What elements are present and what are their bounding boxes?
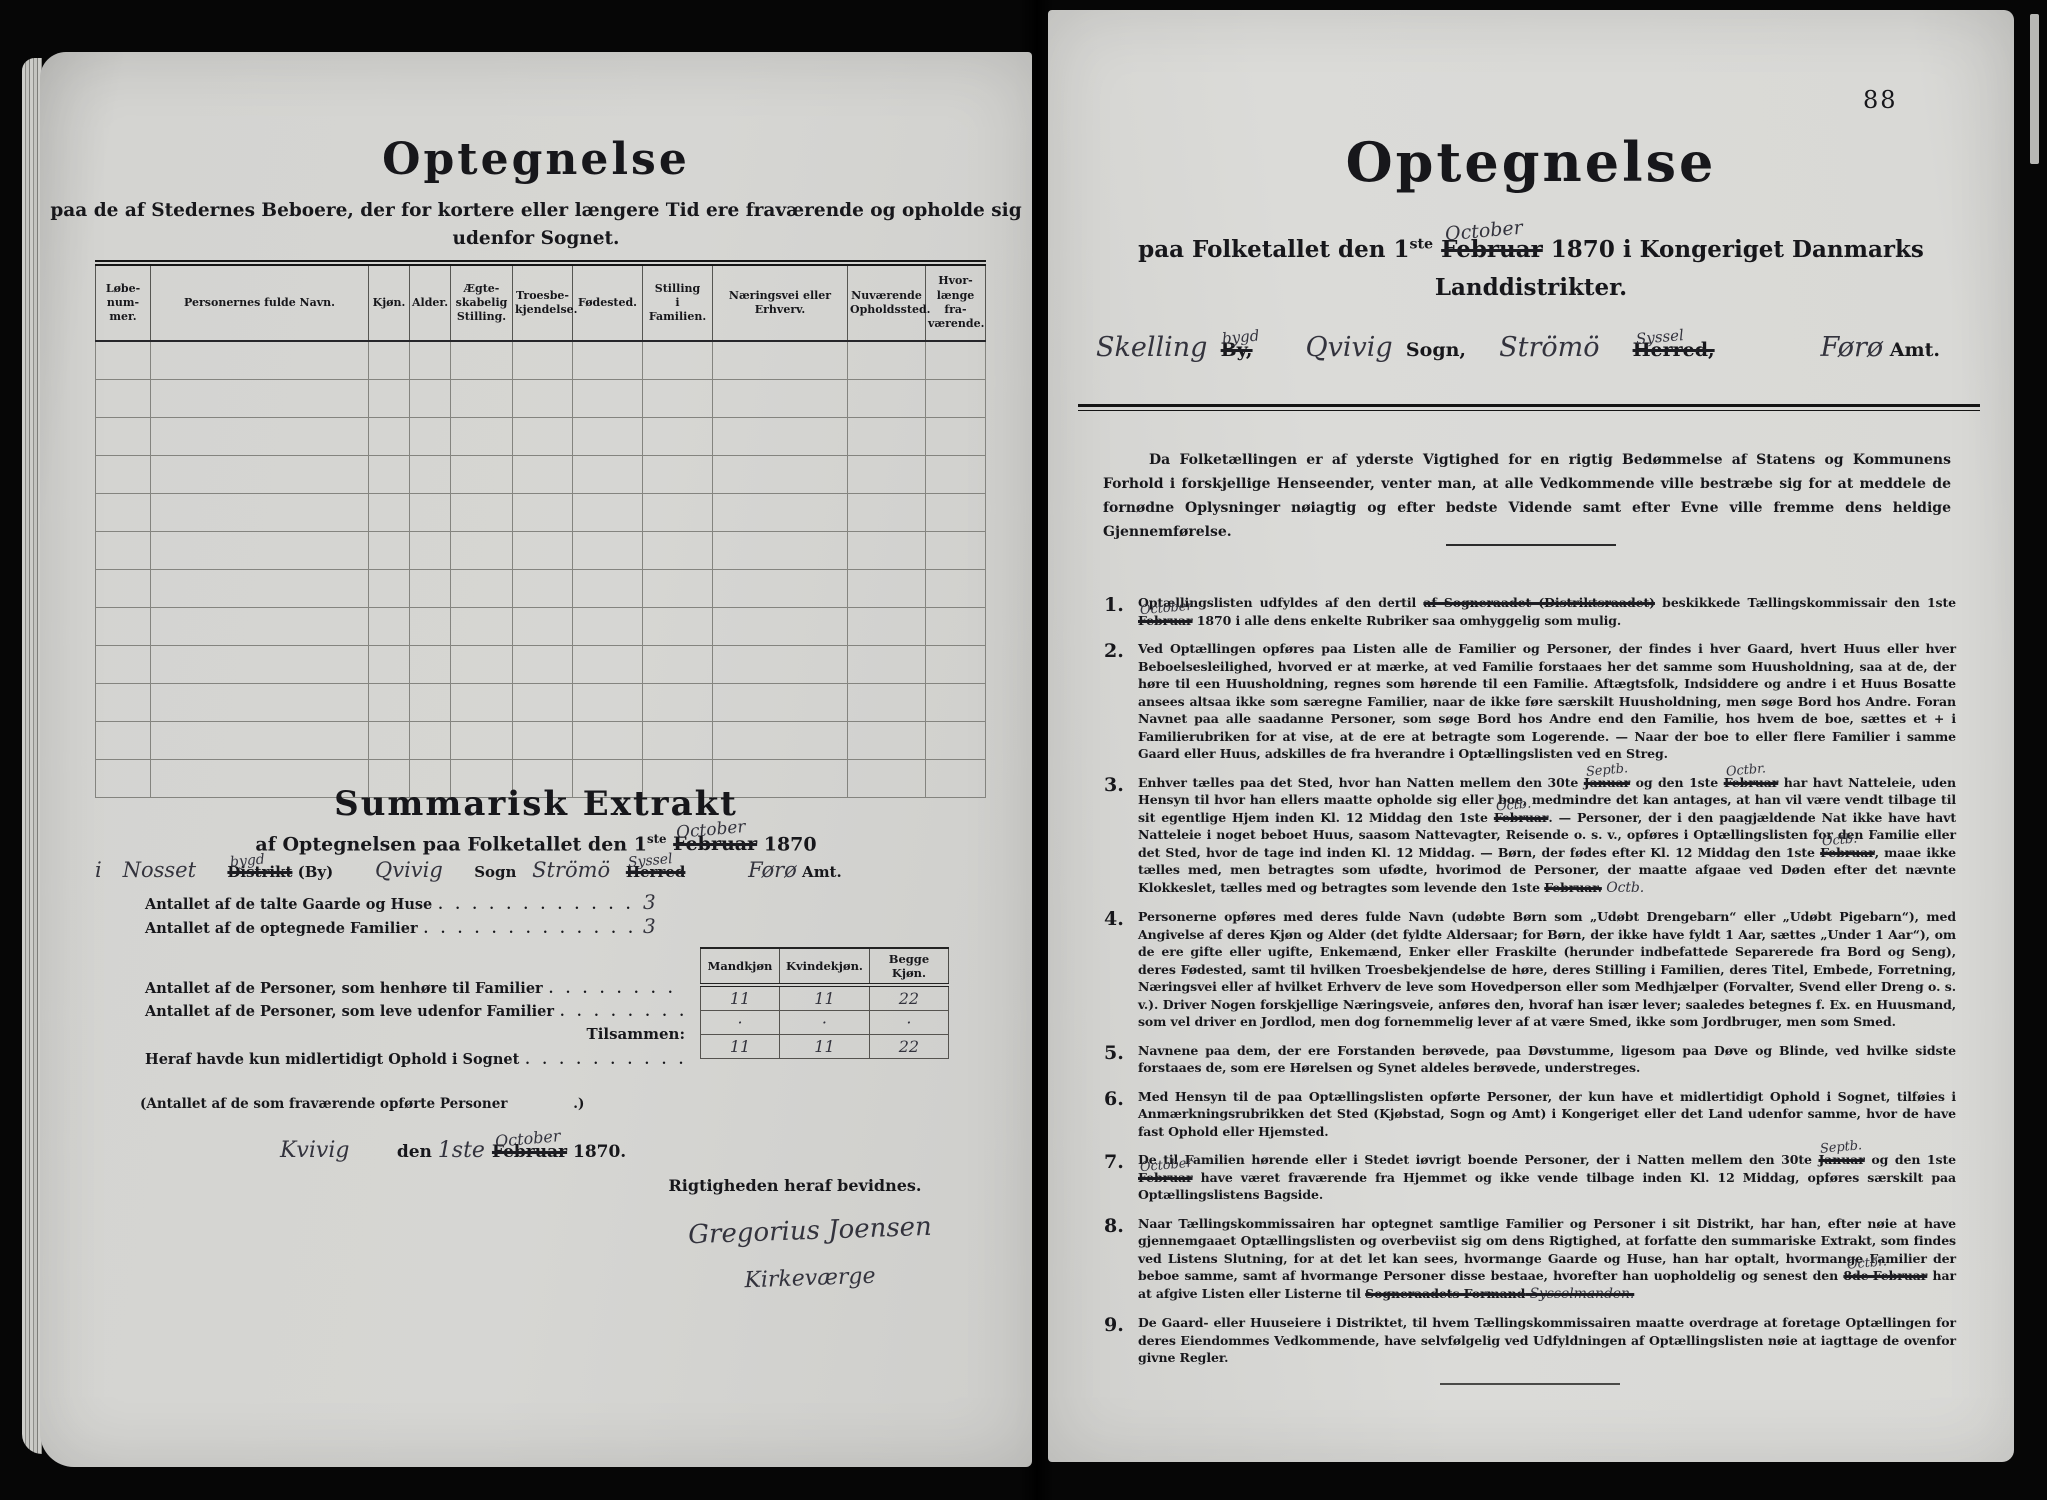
handwritten-correction: Septb. bbox=[1585, 760, 1628, 781]
empty-cell bbox=[451, 341, 513, 380]
handwritten-value: 11 bbox=[780, 985, 870, 1011]
right-page-subtitle-line2: Landdistrikter. bbox=[1048, 274, 2014, 301]
column-header: Troesbe- kjendelse. bbox=[513, 263, 573, 341]
empty-cell bbox=[151, 380, 369, 418]
instruction-item: 1.Optællingslisten udfyldes af den derti… bbox=[1104, 594, 1956, 629]
empty-cell bbox=[151, 532, 369, 570]
empty-cell bbox=[96, 608, 151, 646]
empty-cell bbox=[451, 532, 513, 570]
empty-cell bbox=[513, 341, 573, 380]
empty-cell bbox=[713, 608, 848, 646]
column-header: Løbe- num- mer. bbox=[96, 263, 151, 341]
corrected-word: OctoberFebruar bbox=[1441, 236, 1543, 263]
instruction-number: 8. bbox=[1104, 1215, 1138, 1304]
empty-cell bbox=[151, 456, 369, 494]
handwritten-value: 11 bbox=[701, 985, 780, 1011]
empty-cell bbox=[643, 722, 713, 760]
corrected-word: bygdDistrikt bbox=[227, 863, 292, 881]
empty-cell bbox=[643, 418, 713, 456]
empty-cell bbox=[369, 418, 410, 456]
count-row-persons-in-families: Antallet af de Personer, som henhøre til… bbox=[145, 980, 685, 997]
handwritten-value: 22 bbox=[869, 1035, 948, 1059]
empty-cell bbox=[96, 494, 151, 532]
handwritten-correction: Octbr. bbox=[1725, 760, 1766, 781]
empty-cell bbox=[410, 456, 451, 494]
total-label: Tilsammen: bbox=[587, 1025, 685, 1043]
instruction-text: Med Hensyn til de paa Optællingslisten o… bbox=[1138, 1088, 1956, 1141]
empty-cell bbox=[573, 456, 643, 494]
empty-cell bbox=[513, 722, 573, 760]
empty-cell bbox=[451, 494, 513, 532]
empty-cell bbox=[96, 646, 151, 684]
section-divider bbox=[1446, 544, 1616, 546]
instruction-item: 5.Navnene paa dem, der ere Forstanden be… bbox=[1104, 1042, 1956, 1077]
empty-cell bbox=[96, 380, 151, 418]
empty-cell bbox=[369, 608, 410, 646]
page-number: 88 bbox=[1863, 86, 1898, 114]
corrected-word: Octbr.8de Februar bbox=[1843, 1267, 1927, 1285]
summary-extract-subheading: af Optegnelsen paa Folketallet den 1ste … bbox=[40, 832, 1032, 855]
column-header: Alder. bbox=[410, 263, 451, 341]
handwritten-value: · bbox=[701, 1011, 780, 1035]
empty-cell bbox=[926, 456, 986, 494]
signature-title: Kirkeværge bbox=[680, 1261, 941, 1295]
empty-cell bbox=[573, 722, 643, 760]
leader-dots: . . . . . . . . . . . . . . . . . . . . … bbox=[418, 922, 643, 937]
count-label: Antallet af de Personer, som henhøre til… bbox=[145, 980, 543, 997]
empty-cell bbox=[513, 570, 573, 608]
empty-cell bbox=[713, 722, 848, 760]
empty-cell bbox=[848, 684, 926, 722]
empty-cell bbox=[573, 418, 643, 456]
persons-summary-table: MandkjønKvindekjøn.Begge Kjøn. 111122···… bbox=[700, 947, 949, 1059]
absent-persons-note: (Antallet af de som fraværende opførte P… bbox=[140, 1096, 584, 1112]
empty-cell bbox=[151, 494, 369, 532]
left-page-subtitle-line2: udenfor Sognet. bbox=[40, 228, 1032, 249]
column-header: Hvor- længe fra- værende. bbox=[926, 263, 986, 341]
count-row-farms: Antallet af de talte Gaarde og Huse . . … bbox=[145, 890, 685, 914]
book-scan: { "palette":{ "background":"#060606", "p… bbox=[0, 0, 2047, 1500]
empty-cell bbox=[926, 684, 986, 722]
handwritten-value: · bbox=[780, 1011, 870, 1035]
table-row bbox=[96, 646, 986, 684]
empty-cell bbox=[713, 646, 848, 684]
handwritten-correction: Octbr. bbox=[1846, 1253, 1887, 1274]
empty-cell bbox=[573, 532, 643, 570]
empty-cell bbox=[96, 570, 151, 608]
instruction-number: 3. bbox=[1104, 774, 1138, 898]
instruction-text: Optællingslisten udfyldes af den dertil … bbox=[1138, 594, 1956, 629]
empty-cell bbox=[410, 532, 451, 570]
instruction-item: 4.Personerne opføres med deres fulde Nav… bbox=[1104, 908, 1956, 1031]
instruction-text: De til Familien hørende eller i Stedet i… bbox=[1138, 1151, 1956, 1204]
corrected-word: OctoberFebruar bbox=[673, 833, 757, 855]
empty-cell bbox=[926, 380, 986, 418]
instruction-item: 3.Enhver tælles paa det Sted, hvor han N… bbox=[1104, 774, 1956, 898]
empty-cell bbox=[643, 494, 713, 532]
handwritten-value: 3 bbox=[643, 914, 685, 938]
closing-divider bbox=[1440, 1383, 1620, 1385]
empty-cell bbox=[643, 646, 713, 684]
left-page: Optegnelse paa de af Stedernes Beboere, … bbox=[40, 52, 1032, 1467]
empty-cell bbox=[451, 570, 513, 608]
empty-cell bbox=[848, 722, 926, 760]
empty-cell bbox=[926, 570, 986, 608]
empty-cell bbox=[573, 494, 643, 532]
instruction-item: 6.Med Hensyn til de paa Optællingslisten… bbox=[1104, 1088, 1956, 1141]
right-page: 88 Optegnelse paa Folketallet den 1ste O… bbox=[1048, 10, 2014, 1462]
table-row: 111122 bbox=[701, 1035, 949, 1059]
corrected-word: OctoberFebruar bbox=[1138, 612, 1193, 630]
empty-cell bbox=[573, 684, 643, 722]
empty-cell bbox=[451, 684, 513, 722]
column-header: Begge Kjøn. bbox=[869, 948, 948, 985]
empty-cell bbox=[410, 722, 451, 760]
instruction-item: 2.Ved Optællingen opføres paa Listen all… bbox=[1104, 640, 1956, 763]
empty-cell bbox=[369, 456, 410, 494]
instructions-list: 1.Optællingslisten udfyldes af den derti… bbox=[1104, 594, 1956, 1385]
introduction-paragraph: Da Folketællingen er af yderste Vigtighe… bbox=[1103, 448, 1951, 544]
empty-cell bbox=[513, 380, 573, 418]
count-row-families: Antallet af de optegnede Familier . . . … bbox=[145, 914, 685, 938]
empty-cell bbox=[926, 494, 986, 532]
table-row bbox=[96, 341, 986, 380]
corrected-word: Octb.Februar bbox=[1820, 844, 1875, 862]
empty-cell bbox=[926, 341, 986, 380]
empty-cell bbox=[643, 570, 713, 608]
empty-cell bbox=[410, 608, 451, 646]
corrected-word: Octbr.Februar bbox=[1724, 774, 1779, 792]
table-row bbox=[96, 684, 986, 722]
empty-cell bbox=[848, 341, 926, 380]
handwritten-correction: bygd bbox=[1221, 326, 1260, 347]
next-page-edge bbox=[2030, 14, 2039, 164]
table-row bbox=[96, 456, 986, 494]
summary-extract-heading: Summarisk Extrakt bbox=[40, 784, 1032, 824]
column-header: Kvindekjøn. bbox=[780, 948, 870, 985]
empty-cell bbox=[926, 646, 986, 684]
table-row bbox=[96, 380, 986, 418]
handwritten-value: 11 bbox=[780, 1035, 870, 1059]
empty-cell bbox=[713, 418, 848, 456]
empty-cell bbox=[926, 418, 986, 456]
column-header: Kjøn. bbox=[369, 263, 410, 341]
corrected-word: Octb.Februar bbox=[1494, 809, 1549, 827]
empty-cell bbox=[513, 456, 573, 494]
empty-cell bbox=[151, 341, 369, 380]
column-header: Personernes fulde Navn. bbox=[151, 263, 369, 341]
empty-cell bbox=[713, 494, 848, 532]
empty-cell bbox=[713, 380, 848, 418]
instruction-item: 9.De Gaard- eller Huuseiere i Distriktet… bbox=[1104, 1314, 1956, 1367]
empty-cell bbox=[410, 684, 451, 722]
right-page-subtitle: paa Folketallet den 1ste OctoberFebruar … bbox=[1048, 236, 2014, 263]
empty-cell bbox=[713, 341, 848, 380]
empty-cell bbox=[713, 456, 848, 494]
column-header: Mandkjøn bbox=[701, 948, 780, 985]
empty-cell bbox=[713, 532, 848, 570]
empty-cell bbox=[848, 532, 926, 570]
empty-cell bbox=[848, 380, 926, 418]
count-row-temporary: Heraf havde kun midlertidigt Ophold i So… bbox=[145, 1051, 685, 1068]
table-row bbox=[96, 532, 986, 570]
empty-cell bbox=[369, 380, 410, 418]
empty-cell bbox=[513, 684, 573, 722]
handwritten-value: 22 bbox=[869, 985, 948, 1011]
count-row-persons-outside-families: Antallet af de Personer, som leve udenfo… bbox=[145, 1003, 685, 1020]
empty-cell bbox=[848, 646, 926, 684]
instruction-item: 8.Naar Tællingskommissairen har optegnet… bbox=[1104, 1215, 1956, 1304]
instruction-number: 6. bbox=[1104, 1088, 1138, 1141]
count-label: Antallet af de talte Gaarde og Huse bbox=[145, 896, 432, 913]
empty-cell bbox=[513, 532, 573, 570]
table-row bbox=[96, 722, 986, 760]
empty-cell bbox=[513, 494, 573, 532]
handwritten-correction: Octb. bbox=[1495, 795, 1532, 815]
empty-cell bbox=[151, 570, 369, 608]
empty-cell bbox=[513, 646, 573, 684]
table-header-row: Løbe- num- mer.Personernes fulde Navn.Kj… bbox=[96, 263, 986, 341]
instruction-number: 1. bbox=[1104, 594, 1138, 629]
empty-cell bbox=[369, 532, 410, 570]
book-page-edges bbox=[22, 58, 42, 1454]
corrected-word: SysselHerred bbox=[626, 863, 686, 881]
empty-cell bbox=[513, 608, 573, 646]
empty-cell bbox=[410, 380, 451, 418]
empty-cell bbox=[573, 341, 643, 380]
instruction-number: 4. bbox=[1104, 908, 1138, 1031]
empty-cell bbox=[410, 341, 451, 380]
empty-cell bbox=[926, 608, 986, 646]
empty-cell bbox=[451, 380, 513, 418]
attestation-line: Rigtigheden heraf bevidnes. bbox=[640, 1176, 950, 1195]
instruction-text: Personerne opføres med deres fulde Navn … bbox=[1138, 908, 1956, 1031]
count-row-total: Tilsammen: bbox=[145, 1025, 685, 1043]
empty-cell bbox=[369, 684, 410, 722]
signature-name: Gregorius Joensen bbox=[660, 1211, 961, 1251]
handwritten-value: 11 bbox=[701, 1035, 780, 1059]
table-row bbox=[96, 570, 986, 608]
empty-cell bbox=[151, 646, 369, 684]
empty-cell bbox=[96, 341, 151, 380]
table-header-row: MandkjønKvindekjøn.Begge Kjøn. bbox=[701, 948, 949, 985]
column-header: Ægte- skabelig Stilling. bbox=[451, 263, 513, 341]
empty-cell bbox=[713, 570, 848, 608]
empty-cell bbox=[573, 608, 643, 646]
instruction-text: Navnene paa dem, der ere Forstanden berø… bbox=[1138, 1042, 1956, 1077]
table-row: ··· bbox=[701, 1011, 949, 1035]
instruction-number: 2. bbox=[1104, 640, 1138, 763]
empty-cell bbox=[848, 456, 926, 494]
corrected-word: OctoberFebruar bbox=[1138, 1169, 1193, 1187]
corrected-word: Septb.Januar bbox=[1584, 774, 1630, 792]
table-row bbox=[96, 494, 986, 532]
empty-cell bbox=[926, 532, 986, 570]
empty-cell bbox=[369, 646, 410, 684]
empty-cell bbox=[643, 684, 713, 722]
table-row bbox=[96, 418, 986, 456]
handwritten-correction: Octb. bbox=[1822, 830, 1859, 850]
instruction-text: De Gaard- eller Huuseiere i Distriktet, … bbox=[1138, 1314, 1956, 1367]
column-header: Stilling i Familien. bbox=[643, 263, 713, 341]
date-line: Kvivig den 1ste OctoberFebruar 1870. bbox=[280, 1138, 626, 1163]
right-page-title: Optegnelse bbox=[1048, 130, 2014, 194]
empty-cell bbox=[926, 722, 986, 760]
empty-cell bbox=[573, 380, 643, 418]
empty-cell bbox=[410, 570, 451, 608]
count-label: Antallet af de Personer, som leve udenfo… bbox=[145, 1003, 554, 1020]
absentees-table: Løbe- num- mer.Personernes fulde Navn.Kj… bbox=[95, 260, 986, 798]
instruction-text: Naar Tællingskommissairen har optegnet s… bbox=[1138, 1215, 1956, 1304]
column-header: Næringsvei eller Erhverv. bbox=[713, 263, 848, 341]
table-row: 111122 bbox=[701, 985, 949, 1011]
table-row bbox=[96, 608, 986, 646]
double-rule bbox=[1078, 404, 1980, 411]
handwritten-correction: bygd bbox=[229, 851, 265, 870]
empty-cell bbox=[410, 494, 451, 532]
right-location-line: Skelling bygdBy, Qvivig Sogn, Strömö Sys… bbox=[1096, 332, 1996, 363]
leader-dots: . . . . . . . . . . . . . . . . . . . . … bbox=[543, 982, 685, 997]
empty-cell bbox=[151, 722, 369, 760]
leader-dots: . . . . . . . . . . . . . . . . . . . . … bbox=[432, 898, 643, 913]
empty-cell bbox=[96, 456, 151, 494]
empty-cell bbox=[451, 418, 513, 456]
left-page-title: Optegnelse bbox=[40, 134, 1032, 185]
empty-cell bbox=[513, 418, 573, 456]
count-label: Heraf havde kun midlertidigt Ophold i So… bbox=[145, 1051, 519, 1068]
empty-cell bbox=[369, 494, 410, 532]
empty-cell bbox=[451, 608, 513, 646]
empty-cell bbox=[151, 418, 369, 456]
empty-cell bbox=[643, 341, 713, 380]
empty-cell bbox=[96, 532, 151, 570]
instruction-text: Ved Optællingen opføres paa Listen alle … bbox=[1138, 640, 1956, 763]
empty-cell bbox=[410, 418, 451, 456]
corrected-word: OctoberFebruar bbox=[492, 1142, 567, 1162]
empty-cell bbox=[451, 646, 513, 684]
leader-dots: . . . . . . . . . . . . . . . . . . . . … bbox=[554, 1005, 685, 1020]
empty-cell bbox=[643, 456, 713, 494]
empty-cell bbox=[848, 608, 926, 646]
empty-cell bbox=[713, 684, 848, 722]
empty-cell bbox=[451, 722, 513, 760]
empty-cell bbox=[848, 570, 926, 608]
empty-cell bbox=[410, 646, 451, 684]
instruction-number: 7. bbox=[1104, 1151, 1138, 1204]
corrected-word: Septb.Januar bbox=[1818, 1151, 1864, 1169]
instruction-number: 9. bbox=[1104, 1314, 1138, 1367]
empty-cell bbox=[369, 341, 410, 380]
handwritten-value: 3 bbox=[643, 890, 685, 914]
empty-cell bbox=[573, 570, 643, 608]
empty-cell bbox=[96, 684, 151, 722]
empty-cell bbox=[369, 570, 410, 608]
corrected-word: bygdBy, bbox=[1221, 339, 1253, 361]
column-header: Fødested. bbox=[573, 263, 643, 341]
leader-dots: . . . . . . . . . . . . . . . . . . . . … bbox=[519, 1053, 685, 1068]
empty-cell bbox=[643, 532, 713, 570]
handwritten-value: · bbox=[869, 1011, 948, 1035]
column-header: Nuværende Opholdssted. bbox=[848, 263, 926, 341]
empty-cell bbox=[369, 722, 410, 760]
instruction-text: Enhver tælles paa det Sted, hvor han Nat… bbox=[1138, 774, 1956, 898]
empty-cell bbox=[451, 456, 513, 494]
empty-cell bbox=[151, 608, 369, 646]
corrected-word: SysselHerred, bbox=[1633, 339, 1715, 361]
empty-cell bbox=[848, 418, 926, 456]
empty-cell bbox=[151, 684, 369, 722]
instruction-number: 5. bbox=[1104, 1042, 1138, 1077]
empty-cell bbox=[96, 418, 151, 456]
empty-cell bbox=[643, 380, 713, 418]
instruction-item: 7.De til Familien hørende eller i Stedet… bbox=[1104, 1151, 1956, 1204]
empty-cell bbox=[96, 722, 151, 760]
left-location-line: i Nosset bygdDistrikt (By) Qvivig Sogn S… bbox=[95, 858, 995, 882]
count-label: Antallet af de optegnede Familier bbox=[145, 920, 418, 937]
empty-cell bbox=[848, 494, 926, 532]
empty-cell bbox=[643, 608, 713, 646]
empty-cell bbox=[573, 646, 643, 684]
left-page-subtitle-line1: paa de af Stedernes Beboere, der for kor… bbox=[40, 200, 1032, 221]
